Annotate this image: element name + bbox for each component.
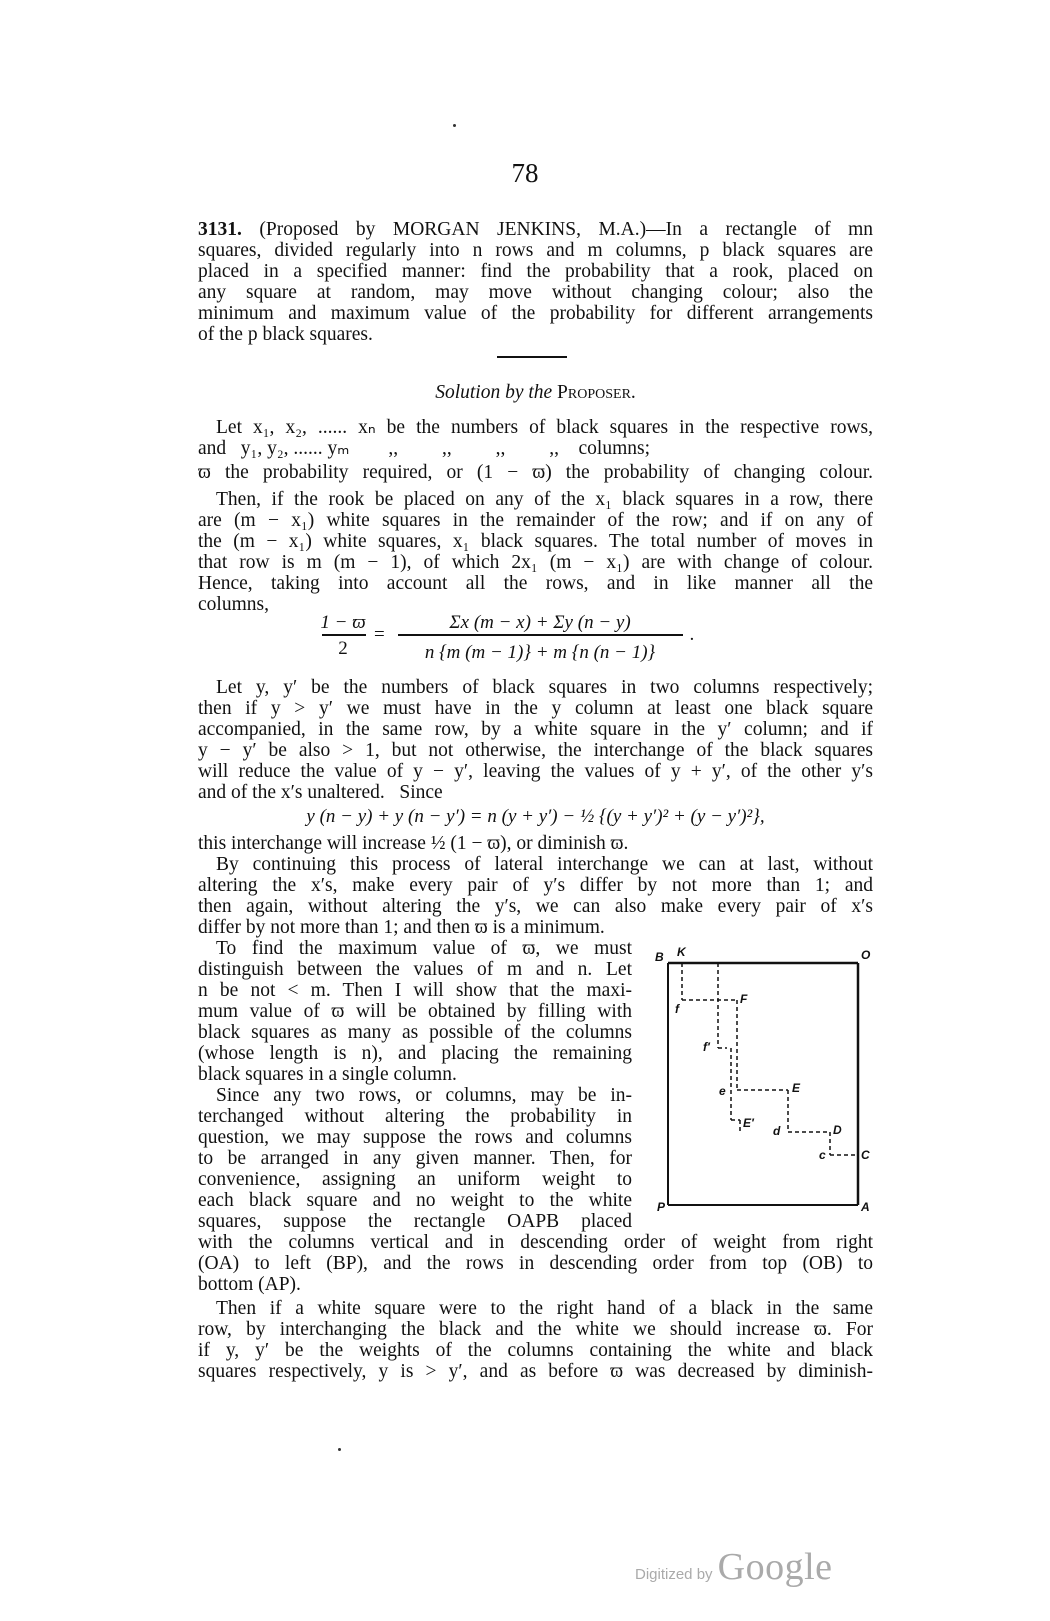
label-e: e <box>719 1084 726 1098</box>
body-line: Let y, y′ be the numbers of black square… <box>198 677 873 698</box>
body-line: that row is m (m − 1), of which 2x₁ (m −… <box>198 552 873 573</box>
label-E: E <box>792 1081 800 1095</box>
digitized-by-google-watermark: Digitized by Google <box>635 1545 833 1589</box>
rectangle-oapb-figure <box>655 940 885 1220</box>
body-line: y − y′ be also > 1, but not otherwise, t… <box>198 740 873 761</box>
eq-lhs-numerator: 1 − ϖ <box>318 612 368 634</box>
body-line: terchanged without altering the probabil… <box>198 1106 632 1127</box>
body-line: (OA) to left (BP), and the rows in desce… <box>198 1253 873 1274</box>
body-line: the (m − x₁) white squares, x₁ black squ… <box>198 531 873 552</box>
body-line: To find the maximum value of ϖ, we must <box>198 938 632 959</box>
eq-lhs-fraction-bar <box>322 634 366 636</box>
body-line: to be arranged in any given manner. Then… <box>198 1148 632 1169</box>
eq-lhs-denominator: 2 <box>318 638 368 660</box>
body-line: if y, y′ be the weights of the columns c… <box>198 1340 873 1361</box>
label-B: B <box>655 950 664 964</box>
eq-rhs-numerator: Σx (m − x) + Σy (n − y) <box>395 612 685 634</box>
problem-line: 3131. (Proposed by MORGAN JENKINS, M.A.)… <box>198 219 873 240</box>
problem-line: squares, divided regularly into n rows a… <box>198 240 873 261</box>
body-line: will reduce the value of y − y′, leaving… <box>198 761 873 782</box>
label-C: C <box>861 1148 870 1162</box>
label-E-prime: E′ <box>743 1116 754 1130</box>
label-F: F <box>740 992 747 1006</box>
body-line: are (m − x₁) white squares in the remain… <box>198 510 873 531</box>
label-c: c <box>819 1148 826 1162</box>
label-P: P <box>657 1200 665 1214</box>
problem-line: any square at random, may move without c… <box>198 282 873 303</box>
section-divider <box>497 356 567 358</box>
body-line: and y₁, y₂, ...... yₘ ,, ,, ,, ,, column… <box>198 438 873 459</box>
body-line: accompanied, in the same row, by a white… <box>198 719 873 740</box>
body-line: By continuing this process of lateral in… <box>198 854 873 875</box>
label-d: d <box>773 1124 780 1138</box>
body-line: question, we may suppose the rows and co… <box>198 1127 632 1148</box>
label-f-prime: f′ <box>703 1040 710 1054</box>
body-line: then if y > y′ we must have in the y col… <box>198 698 873 719</box>
body-line: squares respectively, y is > y′, and as … <box>198 1361 873 1382</box>
eq-rhs-fraction-bar <box>398 634 683 636</box>
body-line: then again, without altering the y′s, we… <box>198 896 873 917</box>
body-line: each black square and no weight to the w… <box>198 1190 632 1211</box>
body-line: and of the x′s unaltered. Since <box>198 782 873 803</box>
label-K: K <box>677 945 686 959</box>
page-number: 78 <box>0 158 1050 189</box>
digitized-by-text: Digitized by <box>635 1566 713 1583</box>
stray-dot <box>338 1448 341 1451</box>
body-line: squares, suppose the rectangle OAPB plac… <box>198 1211 632 1232</box>
equation-interchange: y (n − y) + y (n − y′) = n (y + y′) − ½ … <box>198 806 873 828</box>
body-line: black squares as many as possible of the… <box>198 1022 632 1043</box>
body-line: ϖ the probability required, or (1 − ϖ) t… <box>198 462 873 483</box>
label-A: A <box>861 1200 870 1214</box>
problem-line: placed in a specified manner: find the p… <box>198 261 873 282</box>
stray-dot <box>453 124 456 127</box>
body-line: Let x₁, x₂, ...... xₙ be the numbers of … <box>198 417 873 438</box>
eq-rhs-denominator: n {m (m − 1)} + m {n (n − 1)} <box>395 642 685 664</box>
solution-heading: Solution by the Proposer. <box>198 382 873 403</box>
body-line: Then, if the rook be placed on any of th… <box>198 489 873 510</box>
body-line: this interchange will increase ½ (1 − ϖ)… <box>198 833 873 854</box>
problem-line: minimum and maximum value of the probabi… <box>198 303 873 324</box>
body-line: (whose length is n), and placing the rem… <box>198 1043 632 1064</box>
eq-equals: = <box>374 624 385 646</box>
body-line: convenience, assigning an uniform weight… <box>198 1169 632 1190</box>
body-line: Then if a white square were to the right… <box>198 1298 873 1319</box>
body-line: Since any two rows, or columns, may be i… <box>198 1085 632 1106</box>
eq-period: . <box>690 624 695 646</box>
label-O: O <box>861 948 870 962</box>
google-logo: Google <box>718 1546 833 1588</box>
body-line: distinguish between the values of m and … <box>198 959 632 980</box>
problem-line: of the p black squares. <box>198 324 873 345</box>
body-line: altering the x′s, make every pair of y′s… <box>198 875 873 896</box>
body-line: mum value of ϖ will be obtained by filli… <box>198 1001 632 1022</box>
rectangle-diagram: B K O f F f′ e E E′ d D c C P A <box>655 940 885 1220</box>
body-line: with the columns vertical and in descend… <box>198 1232 873 1253</box>
problem-number: 3131. <box>198 219 242 240</box>
body-line: differ by not more than 1; and then ϖ is… <box>198 917 873 938</box>
body-line: row, by interchanging the black and the … <box>198 1319 873 1340</box>
label-D: D <box>833 1123 842 1137</box>
body-line: n be not < m. Then I will show that the … <box>198 980 632 1001</box>
body-line: Hence, taking into account all the rows,… <box>198 573 873 594</box>
label-f: f <box>675 1002 679 1016</box>
body-line: bottom (AP). <box>198 1274 873 1295</box>
